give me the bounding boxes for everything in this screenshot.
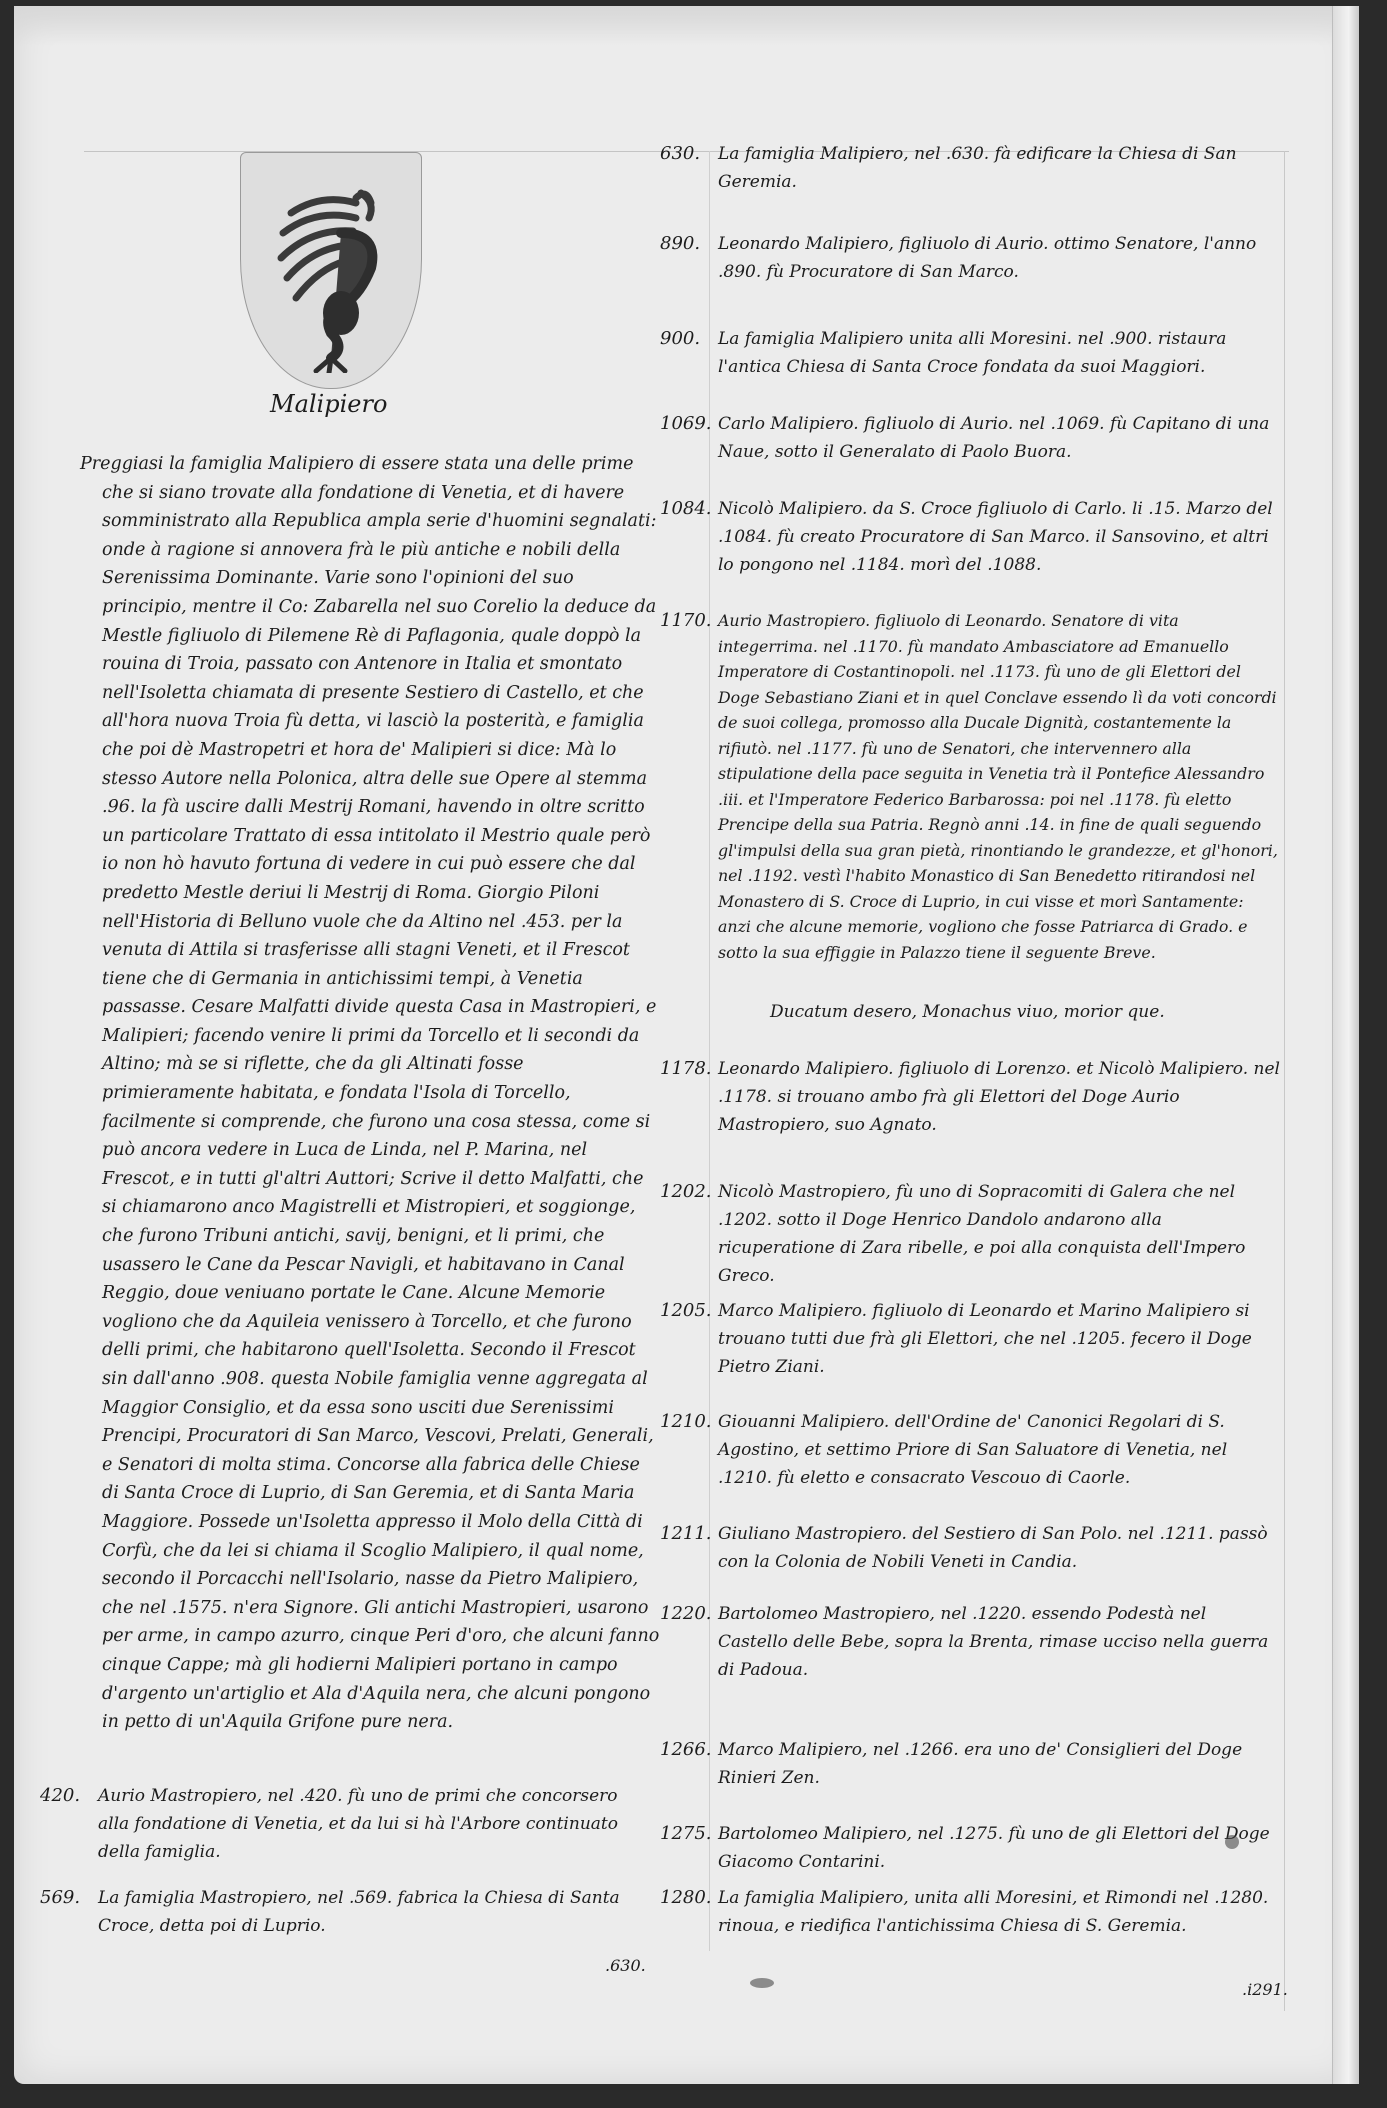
entry-year: 1084. xyxy=(660,495,718,579)
entry-text: La famiglia Mastropiero, nel .569. fabri… xyxy=(98,1884,650,1940)
ink-stain xyxy=(1225,1835,1239,1849)
intro-paragraph: Preggiasi la famiglia Malipiero di esser… xyxy=(80,450,660,1737)
entry-year: 1069. xyxy=(660,410,718,466)
chronicle-entry: 1220. Bartolomeo Mastropiero, nel .1220.… xyxy=(660,1600,1280,1684)
chronicle-entry: 900. La famiglia Malipiero unita alli Mo… xyxy=(660,325,1280,381)
entry-year: 1210. xyxy=(660,1408,718,1492)
entry-year: 1211. xyxy=(660,1520,718,1576)
chronicle-entry: 1202. Nicolò Mastropiero, fù uno di Sopr… xyxy=(660,1178,1280,1290)
chronicle-entry: 1280. La famiglia Malipiero, unita alli … xyxy=(660,1884,1280,1940)
entry-text: Marco Malipiero, nel .1266. era uno de' … xyxy=(718,1736,1280,1792)
entry-year: 420. xyxy=(40,1782,98,1866)
page-number: .630. xyxy=(605,1956,646,1975)
chronicle-entry: 420. Aurio Mastropiero, nel .420. fù uno… xyxy=(40,1782,650,1866)
entry-text: Leonardo Malipiero. figliuolo di Lorenzo… xyxy=(718,1055,1280,1139)
chronicle-entry: 569. La famiglia Mastropiero, nel .569. … xyxy=(40,1884,650,1940)
ink-stain xyxy=(750,1978,774,1988)
chronicle-entry: 1210. Giouanni Malipiero. dell'Ordine de… xyxy=(660,1408,1280,1492)
entry-text: Giuliano Mastropiero. del Sestiero di Sa… xyxy=(718,1520,1280,1576)
entry-text: Nicolò Malipiero. da S. Croce figliuolo … xyxy=(718,495,1280,579)
entry-text: Aurio Mastropiero, nel .420. fù uno de p… xyxy=(98,1782,650,1866)
entry-text: La famiglia Malipiero, unita alli Moresi… xyxy=(718,1884,1280,1940)
chronicle-entry: 630. La famiglia Malipiero, nel .630. fà… xyxy=(660,140,1280,196)
entry-text: Marco Malipiero. figliuolo di Leonardo e… xyxy=(718,1297,1280,1381)
chronicle-entry: 1205. Marco Malipiero. figliuolo di Leon… xyxy=(660,1297,1280,1381)
family-title: Malipiero xyxy=(270,390,387,418)
chronicle-entry: 890. Leonardo Malipiero, figliuolo di Au… xyxy=(660,230,1280,286)
entry-year: 1178. xyxy=(660,1055,718,1139)
entry-year: 1275. xyxy=(660,1820,718,1876)
entry-text: Nicolò Mastropiero, fù uno di Sopracomit… xyxy=(718,1178,1280,1290)
entry-year: 630. xyxy=(660,140,718,196)
entry-year: 1280. xyxy=(660,1884,718,1940)
entry-text: Giouanni Malipiero. dell'Ordine de' Cano… xyxy=(718,1408,1280,1492)
doge-motto: Ducatum desero, Monachus viuo, morior qu… xyxy=(770,1002,1165,1022)
entry-text: La famiglia Malipiero unita alli Moresin… xyxy=(718,325,1280,381)
page-binding-edge xyxy=(1332,6,1359,2084)
catchword: .i291. xyxy=(1242,1980,1288,1999)
entry-text: Aurio Mastropiero. figliuolo di Leonardo… xyxy=(718,608,1280,965)
chronicle-entry: 1275. Bartolomeo Malipiero, nel .1275. f… xyxy=(660,1820,1280,1876)
entry-year: 569. xyxy=(40,1884,98,1940)
chronicle-entry: 1084. Nicolò Malipiero. da S. Croce figl… xyxy=(660,495,1280,579)
entry-year: 1202. xyxy=(660,1178,718,1290)
entry-text: Carlo Malipiero. figliuolo di Aurio. nel… xyxy=(718,410,1280,466)
intro-text: Preggiasi la famiglia Malipiero di esser… xyxy=(80,450,660,1737)
ruled-line-right xyxy=(1284,151,1285,2011)
chronicle-entry: 1170. Aurio Mastropiero. figliuolo di Le… xyxy=(660,608,1280,965)
coat-of-arms-shield xyxy=(240,152,422,389)
entry-year: 890. xyxy=(660,230,718,286)
entry-text: Bartolomeo Mastropiero, nel .1220. essen… xyxy=(718,1600,1280,1684)
chronicle-entry: 1266. Marco Malipiero, nel .1266. era un… xyxy=(660,1736,1280,1792)
entry-year: 900. xyxy=(660,325,718,381)
entry-text: La famiglia Malipiero, nel .630. fà edif… xyxy=(718,140,1280,196)
chronicle-entry: 1178. Leonardo Malipiero. figliuolo di L… xyxy=(660,1055,1280,1139)
entry-year: 1170. xyxy=(660,608,718,965)
entry-text: Leonardo Malipiero, figliuolo di Aurio. … xyxy=(718,230,1280,286)
chronicle-entry: 1069. Carlo Malipiero. figliuolo di Auri… xyxy=(660,410,1280,466)
entry-text: Bartolomeo Malipiero, nel .1275. fù uno … xyxy=(718,1820,1280,1876)
chronicle-entry: 1211. Giuliano Mastropiero. del Sestiero… xyxy=(660,1520,1280,1576)
eagle-talon-wing-icon xyxy=(261,173,401,373)
entry-year: 1205. xyxy=(660,1297,718,1381)
entry-year: 1220. xyxy=(660,1600,718,1684)
entry-year: 1266. xyxy=(660,1736,718,1792)
